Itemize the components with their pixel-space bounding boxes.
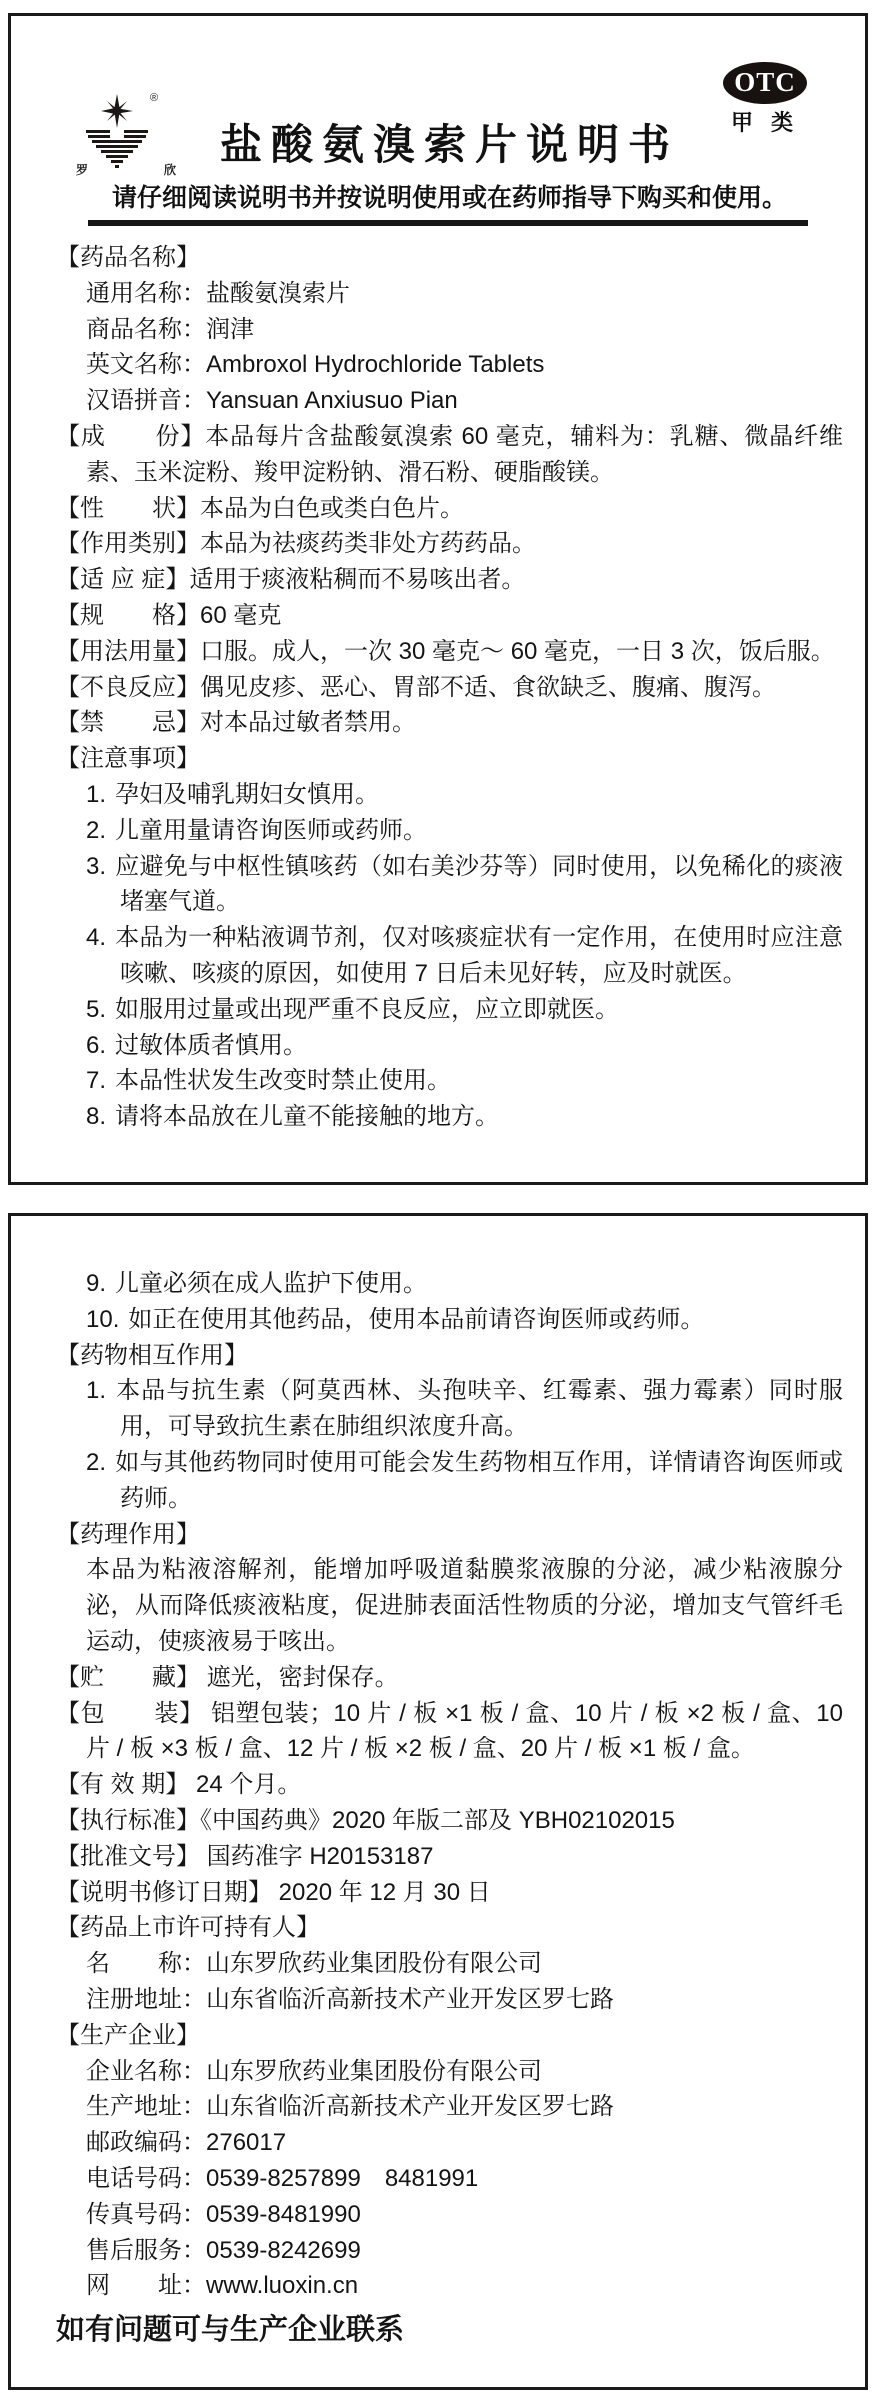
line-label: 【包 装】: [56, 1700, 204, 1727]
line-label: 【作用类别】: [56, 530, 200, 557]
line-label: 【药品名称】: [56, 244, 200, 271]
line-label: 【成 份】: [56, 423, 205, 450]
leaflet-line: 【禁 忌】对本品过敏者禁用。: [56, 705, 843, 741]
leaflet-line: 7.本品性状发生改变时禁止使用。: [86, 1063, 843, 1099]
leaflet-line: 【药品名称】: [56, 240, 843, 276]
leaflet-line: 传真号码：0539-8481990: [86, 2197, 843, 2233]
leaflet-header: ® 罗 欣 OTC 甲 类 盐酸氨溴索片说明书 请仔细阅读说明书并按说明使用或在…: [56, 16, 843, 240]
leaflet-line: 【药理作用】: [56, 1517, 843, 1553]
leaflet-line: 【用法用量】口服。成人，一次 30 毫克～ 60 毫克，一日 3 次，饭后服。: [56, 634, 843, 670]
line-label: 商品名称：: [86, 316, 206, 343]
leaflet-line: 2.儿童用量请咨询医师或药师。: [86, 813, 843, 849]
line-label: 5.: [86, 996, 106, 1023]
line-label: 电话号码：: [86, 2165, 206, 2192]
line-label: 【批准文号】: [56, 1843, 200, 1870]
leaflet-line: 【包 装】 铝塑包装；10 片 / 板 ×1 板 / 盒、10 片 / 板 ×2…: [56, 1696, 843, 1768]
line-label: 8.: [86, 1103, 106, 1130]
line-label: 注册地址：: [86, 1986, 206, 2013]
line-label: 1.: [86, 1377, 106, 1404]
line-label: 【执行标准】: [56, 1807, 200, 1834]
leaflet-line: 注册地址：山东省临沂高新技术产业开发区罗七路: [86, 1982, 843, 2018]
leaflet-line: 2.如与其他药物同时使用可能会发生药物相互作用，详情请咨询医师或药师。: [86, 1445, 843, 1517]
line-label: 【用法用量】: [56, 638, 200, 665]
line-label: 汉语拼音：: [86, 387, 206, 414]
line-label: 【药物相互作用】: [56, 1342, 248, 1369]
line-label: 2.: [86, 817, 106, 844]
line-label: 名 称：: [86, 1950, 206, 1977]
leaflet-line: 【执行标准】《中国药典》2020 年版二部及 YBH02102015: [56, 1803, 843, 1839]
leaflet-line: 4.本品为一种粘液调节剂，仅对咳痰症状有一定作用，在使用时应注意咳嗽、咳痰的原因…: [86, 920, 843, 992]
line-label: 【贮 藏】: [56, 1664, 200, 1691]
line-label: 【性 状】: [56, 495, 200, 522]
leaflet-line: 10.如正在使用其他药品，使用本品前请咨询医师或药师。: [86, 1302, 843, 1338]
leaflet-line: 售后服务：0539-8242699: [86, 2233, 843, 2269]
leaflet-body-1: 【药品名称】通用名称：盐酸氨溴索片商品名称：润津英文名称：Ambroxol Hy…: [56, 240, 843, 1135]
line-label: 售后服务：: [86, 2237, 206, 2264]
leaflet-line: 电话号码：0539-8257899 8481991: [86, 2161, 843, 2197]
leaflet-line: 网 址：www.luoxin.cn: [86, 2268, 843, 2304]
line-label: 【不良反应】: [56, 674, 200, 701]
leaflet-line: 【有 效 期】 24 个月。: [56, 1767, 843, 1803]
leaflet-body-2: 9.儿童必须在成人监护下使用。10.如正在使用其他药品，使用本品前请咨询医师或药…: [56, 1266, 843, 2352]
leaflet-line: 【贮 藏】 遮光，密封保存。: [56, 1660, 843, 1696]
header-divider: [88, 220, 808, 226]
line-label: 1.: [86, 781, 106, 808]
line-label: 传真号码：: [86, 2201, 206, 2228]
line-label: 2.: [86, 1449, 106, 1476]
leaflet-line: 【注意事项】: [56, 741, 843, 777]
leaflet-line: 商品名称：润津: [86, 312, 843, 348]
line-label: 【药理作用】: [56, 1521, 200, 1548]
line-label: 英文名称：: [86, 351, 206, 378]
leaflet-line: 1.本品与抗生素（阿莫西林、头孢呋辛、红霉素、强力霉素）同时服用，可导致抗生素在…: [86, 1373, 843, 1445]
leaflet-page: ® 罗 欣 OTC 甲 类 盐酸氨溴索片说明书 请仔细阅读说明书并按说明使用或在…: [0, 0, 876, 2402]
leaflet-line: 【成 份】本品每片含盐酸氨溴索 60 毫克，辅料为：乳糖、微晶纤维素、玉米淀粉、…: [56, 419, 843, 491]
line-label: 7.: [86, 1067, 106, 1094]
leaflet-box-1: ® 罗 欣 OTC 甲 类 盐酸氨溴索片说明书 请仔细阅读说明书并按说明使用或在…: [8, 13, 868, 1185]
leaflet-line: 生产地址：山东省临沂高新技术产业开发区罗七路: [86, 2089, 843, 2125]
leaflet-line: 邮政编码：276017: [86, 2125, 843, 2161]
leaflet-line: 【不良反应】偶见皮疹、恶心、胃部不适、食欲缺乏、腹痛、腹泻。: [56, 670, 843, 706]
line-label: 3.: [86, 853, 106, 880]
registered-mark: ®: [150, 92, 158, 104]
line-label: 10.: [86, 1306, 119, 1333]
leaflet-line: 企业名称：山东罗欣药业集团股份有限公司: [86, 2054, 843, 2090]
line-label: 【适 应 症】: [56, 566, 189, 593]
leaflet-line: 【规 格】60 毫克: [56, 598, 843, 634]
line-label: 【规 格】: [56, 602, 200, 629]
line-label: 通用名称：: [86, 280, 206, 307]
leaflet-line: 5.如服用过量或出现严重不良反应，应立即就医。: [86, 992, 843, 1028]
leaflet-line: 6.过敏体质者慎用。: [86, 1028, 843, 1064]
line-label: 网 址：: [86, 2272, 206, 2299]
line-label: 【说明书修订日期】: [56, 1879, 272, 1906]
line-label: 【生产企业】: [56, 2022, 200, 2049]
line-label: 9.: [86, 1270, 106, 1297]
leaflet-line: 【批准文号】 国药准字 H20153187: [56, 1839, 843, 1875]
leaflet-line: 【说明书修订日期】 2020 年 12 月 30 日: [56, 1875, 843, 1911]
line-label: 【药品上市许可持有人】: [56, 1914, 320, 1941]
otc-oval-icon: OTC: [723, 62, 807, 104]
leaflet-line: 【适 应 症】适用于痰液粘稠而不易咳出者。: [56, 562, 843, 598]
line-label: 邮政编码：: [86, 2129, 206, 2156]
leaflet-line: 通用名称：盐酸氨溴索片: [86, 276, 843, 312]
leaflet-line: 【作用类别】本品为祛痰药类非处方药药品。: [56, 526, 843, 562]
leaflet-line: 名 称：山东罗欣药业集团股份有限公司: [86, 1946, 843, 1982]
line-label: 【禁 忌】: [56, 709, 200, 736]
line-label: 【有 效 期】: [56, 1771, 189, 1798]
line-label: 生产地址：: [86, 2093, 206, 2120]
page-title: 盐酸氨溴索片说明书: [56, 112, 843, 172]
leaflet-line: 8.请将本品放在儿童不能接触的地方。: [86, 1099, 843, 1135]
line-label: 4.: [86, 924, 106, 951]
leaflet-line: 【性 状】本品为白色或类白色片。: [56, 491, 843, 527]
leaflet-line: 1.孕妇及哺乳期妇女慎用。: [86, 777, 843, 813]
line-label: 企业名称：: [86, 2058, 206, 2085]
leaflet-line: 3.应避免与中枢性镇咳药（如右美沙芬等）同时使用，以免稀化的痰液堵塞气道。: [86, 849, 843, 921]
leaflet-line: 【药物相互作用】: [56, 1338, 843, 1374]
leaflet-line: 【生产企业】: [56, 2018, 843, 2054]
leaflet-line: 9.儿童必须在成人监护下使用。: [86, 1266, 843, 1302]
leaflet-line: 英文名称：Ambroxol Hydrochloride Tablets: [86, 347, 843, 383]
leaflet-line: 本品为粘液溶解剂，能增加呼吸道黏膜浆液腺的分泌，减少粘液腺分泌，从而降低痰液粘度…: [86, 1552, 843, 1659]
line-label: 【注意事项】: [56, 745, 200, 772]
leaflet-box-2: 9.儿童必须在成人监护下使用。10.如正在使用其他药品，使用本品前请咨询医师或药…: [8, 1213, 868, 2390]
leaflet-line: 【药品上市许可持有人】: [56, 1910, 843, 1946]
leaflet-line: 汉语拼音：Yansuan Anxiusuo Pian: [86, 383, 843, 419]
page-subtitle: 请仔细阅读说明书并按说明使用或在药师指导下购买和使用。: [56, 178, 843, 214]
line-label: 6.: [86, 1032, 106, 1059]
contact-note: 如有问题可与生产企业联系: [56, 2308, 843, 2352]
